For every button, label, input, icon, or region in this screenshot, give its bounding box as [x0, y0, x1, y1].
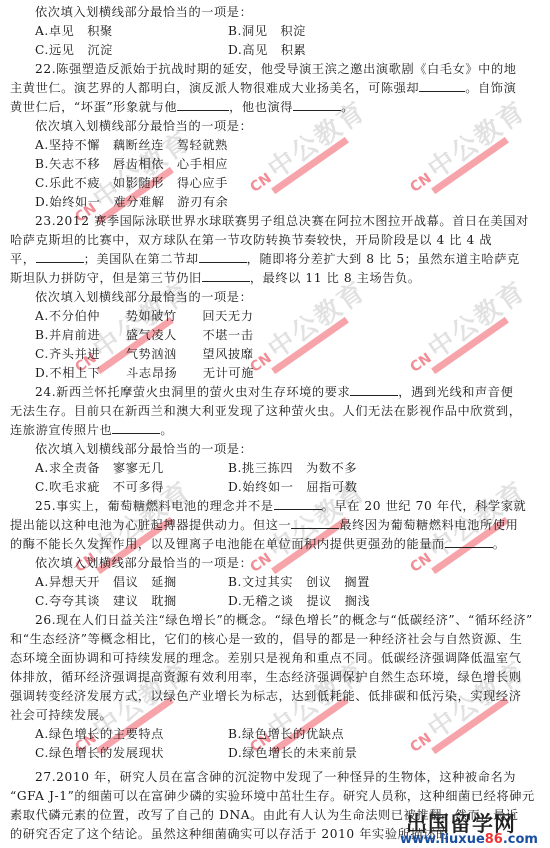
text-segment: ；美国队在第二节却 [84, 252, 199, 266]
text-segment: 。早在 20 世纪 70 年代，科学家就 [322, 499, 527, 513]
fill-blank [177, 98, 229, 111]
question-24-text: 24.新西兰怀托摩萤火虫洞里的萤火虫对生存环境的要求，遇到光线和声音便 [35, 383, 490, 402]
option-c: C.绿色增长的发展现状 [35, 746, 164, 760]
question-22-text: 黄世仁后，“坏蛋”形象就与他，他也演得。 [10, 98, 490, 117]
question-22-text: 主黄世仁。演艺界的人都明白，演反派人物很难成大业扬美名，可陈强却。自饰演 [10, 79, 490, 98]
option-d: D.始终如一 难分难解 游刃有余 [35, 193, 490, 212]
site-brand-watermark: 出国留学网 www.liuxue86.com [400, 810, 550, 848]
option-a: A.异想天开 倡议 延搁 [35, 575, 177, 589]
option-a: A.绿色增长的主要特点 [35, 727, 164, 741]
fill-blank [445, 535, 493, 548]
option-c: C.夸夸其谈 建议 耽搁 [35, 594, 177, 608]
option-d: D.始终如一 屈指可数 [228, 478, 358, 497]
option-b: B.挑三拣四 为数不多 [228, 459, 357, 478]
fill-blank [291, 516, 339, 529]
option-d: D.绿色增长的未来前景 [228, 744, 358, 763]
question-24-text: 连旅游宣传照片也。 [10, 421, 490, 440]
option-row: A.卓见 积聚 B.洞见 积淀 [35, 22, 490, 41]
option-c: C.齐头并进 气势汹汹 望风披靡 [35, 345, 490, 364]
option-b: B.并肩前进 盛气凌人 不堪一击 [35, 326, 490, 345]
text-segment: ，遇到光线和声音便 [398, 385, 513, 399]
option-b: B.绿色增长的优缺点 [228, 725, 344, 744]
fill-blank [112, 421, 160, 434]
url-highlight: 86 [485, 832, 503, 847]
text-segment: 提出能以这种电池为心脏起搏器提供动力。但这一 [10, 518, 291, 532]
text-segment: 斯坦队力拼防守，但是第三节仍旧 [10, 271, 202, 285]
option-row: A.绿色增长的主要特点 B.绿色增长的优缺点 [35, 725, 490, 744]
question-26-text: 社会可持续发展。 [10, 706, 490, 725]
question-27-text: “GFA J-1”的细菌可以在富砷少磷的实验环境中茁壮生存。研究人员称，这种细菌… [10, 787, 490, 806]
text-segment: 。 [341, 100, 354, 114]
text-segment: 。 [493, 537, 506, 551]
question-22-text: 22.陈强塑造反派始于抗战时期的延安，他受导演王滨之邀出演歌剧《白毛女》中的地 [35, 60, 490, 79]
fill-blank [274, 497, 322, 510]
url-suffix: .com [503, 832, 538, 847]
option-a: A.不分伯仲 势如破竹 回天无力 [35, 307, 490, 326]
document-page: 中公教育 CN 中公教育 CN 中公教育 CN 中公教育 CN 中公教育 CN … [0, 0, 550, 848]
text-segment: 24.新西兰怀托摩萤火虫洞里的萤火虫对生存环境的要求 [35, 385, 350, 399]
question-25-text: 提出能以这种电池为心脏起搏器提供动力。但这一最终因为葡萄糖燃料电池所使用 [10, 516, 490, 535]
option-d: D.不相上下 斗志昂扬 无计可施 [35, 364, 490, 383]
fill-blank [419, 79, 465, 92]
option-c: C.乐此不疲 如影随形 得心应手 [35, 174, 490, 193]
option-c: C.远见 沉淀 [35, 43, 113, 57]
option-d: D.无稽之谈 提议 搁浅 [228, 592, 370, 611]
fill-blank [350, 383, 398, 396]
option-a: A.卓见 积聚 [35, 24, 113, 38]
fill-blank [202, 269, 250, 282]
option-row: A.异想天开 倡议 延搁 B.文过其实 创议 搁置 [35, 573, 490, 592]
text-segment: 最终因为葡萄糖燃料电池所使用 [339, 518, 518, 532]
question-23-text: 哈萨克斯坦的比赛中，双方球队在第一节攻防转换节奏较快，开局阶段是以 4 比 4 … [10, 231, 490, 250]
option-a: A.坚持不懈 藕断丝连 驾轻就熟 [35, 136, 490, 155]
option-row: C.夸夸其谈 建议 耽搁 D.无稽之谈 提议 搁浅 [35, 592, 490, 611]
question-26-text: 强调转变经济发展方式，以绿色产业增长为标志，达到低耗能、低排碳和低污染，实现经济 [10, 687, 490, 706]
question-23-text: 23.2012 赛季国际泳联世界水球联赛男子组总决赛在阿拉木图拉开战幕。首日在美… [35, 212, 490, 231]
option-b: B.洞见 积淀 [228, 22, 306, 41]
option-b: B.矢志不移 唇齿相依 心手相应 [35, 155, 490, 174]
url-prefix: www.liuxue [400, 832, 485, 847]
option-row: A.求全责备 寥寥无几 B.挑三拣四 为数不多 [35, 459, 490, 478]
text-segment: 。自饰演 [465, 81, 516, 95]
text-segment: 。 [160, 423, 173, 437]
question-26-text: 态环境全面协调和可持续发展的理念。差别只是视角和重点不同。低碳经济强调降低温室气 [10, 649, 490, 668]
fill-blank [199, 250, 247, 263]
option-row: C.吹毛求疵 不可多得 D.始终如一 屈指可数 [35, 478, 490, 497]
option-a: A.求全责备 寥寥无几 [35, 461, 164, 475]
text-segment: 的酶不能长久发挥作用，以及锂离子电池能在单位面积内提供更强劲的能量而 [10, 537, 445, 551]
fill-blank [36, 250, 84, 263]
question-prompt: 依次填入划横线部分最恰当的一项是： [35, 440, 490, 459]
question-prompt: 依次填入划横线部分最恰当的一项是： [35, 288, 490, 307]
question-24-text: 无法生存。目前只在新西兰和澳大利亚发现了这种萤火虫。人们无法在影视作品中欣赏到， [10, 402, 490, 421]
question-25-text: 的酶不能长久发挥作用，以及锂离子电池能在单位面积内提供更强劲的能量而。 [10, 535, 490, 554]
option-d: D.高见 积累 [228, 41, 306, 60]
text-segment: 连旅游宣传照片也 [10, 423, 112, 437]
text-segment: 平， [10, 252, 36, 266]
option-b: B.文过其实 创议 搁置 [228, 573, 370, 592]
question-26-text: 26.现在人们日益关注“绿色增长”的概念。“绿色增长”的概念与“低碳经济”、“循… [35, 611, 490, 630]
question-23-text: 斯坦队力拼防守，但是第三节仍旧，最终以 11 比 8 主场告负。 [10, 269, 490, 288]
fill-blank [293, 98, 341, 111]
question-26-text: 体排放，循环经济强调提高资源有效利用率，生态经济强调保护自然生态环境，绿色增长则 [10, 668, 490, 687]
question-27-text: 27.2010 年，研究人员在富含砷的沉淀物中发现了一种怪异的生物体，这种被命名… [35, 768, 490, 787]
text-segment: 25.事实上，葡萄糖燃料电池的理念并不是 [35, 499, 274, 513]
option-row: C.远见 沉淀 D.高见 积累 [35, 41, 490, 60]
text-segment: ，他也演得 [229, 100, 293, 114]
option-row: C.绿色增长的发展现状 D.绿色增长的未来前景 [35, 744, 490, 763]
option-c: C.吹毛求疵 不可多得 [35, 480, 164, 494]
text-segment: 黄世仁后，“坏蛋”形象就与他 [10, 100, 177, 114]
question-prompt: 依次填入划横线部分最恰当的一项是： [35, 3, 490, 22]
text-segment: 主黄世仁。演艺界的人都明白，演反派人物很难成大业扬美名，可陈强却 [10, 81, 419, 95]
question-23-text: 平，；美国队在第二节却，随即将分差扩大到 8 比 5；虽然东道主哈萨克 [10, 250, 490, 269]
question-26-text: 和“生态经济”等概念相比，它们的核心是一致的，倡导的都是一种经济社会与自然资源、… [10, 630, 490, 649]
question-prompt: 依次填入划横线部分最恰当的一项是： [35, 117, 490, 136]
question-prompt: 依次填入划横线部分最恰当的一项是： [35, 554, 490, 573]
question-25-text: 25.事实上，葡萄糖燃料电池的理念并不是。早在 20 世纪 70 年代，科学家就 [35, 497, 490, 516]
text-segment: ，随即将分差扩大到 8 比 5；虽然东道主哈萨克 [247, 252, 520, 266]
text-segment: ，最终以 11 比 8 主场告负。 [250, 271, 421, 285]
site-brand-url: www.liuxue86.com [400, 832, 538, 847]
